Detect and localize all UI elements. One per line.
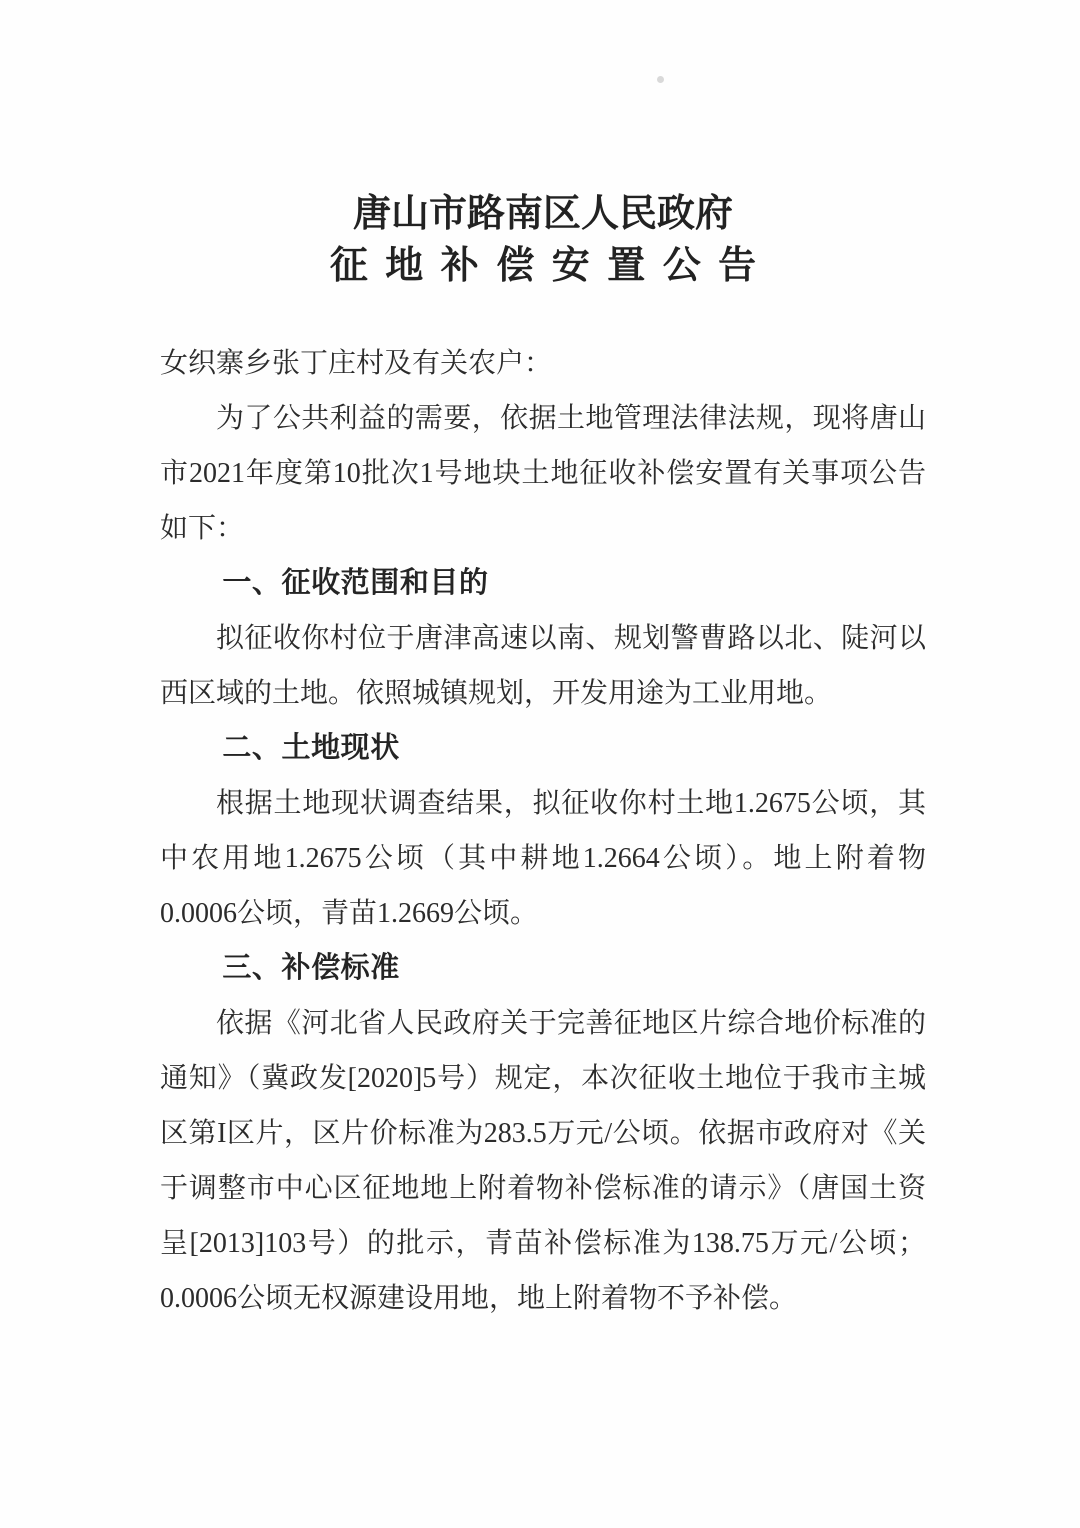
salutation-line: 女织寨乡张丁庄村及有关农户： [160,336,926,391]
document-content: 唐山市路南区人民政府 征地补偿安置公告 女织寨乡张丁庄村及有关农户： 为了公共利… [160,188,926,1326]
section-heading-land-status: 二、土地现状 [160,721,926,776]
section-body-scope-purpose: 拟征收你村位于唐津高速以南、规划警曹路以北、陡河以西区域的土地。依照城镇规划，开… [160,611,926,721]
section-body-land-status: 根据土地现状调查结果，拟征收你村土地1.2675公顷，其中农用地1.2675公顷… [160,776,926,941]
section-heading-compensation-standard: 三、补偿标准 [160,941,926,996]
intro-paragraph: 为了公共利益的需要，依据土地管理法律法规，现将唐山市2021年度第10批次1号地… [160,391,926,556]
document-title-line1: 唐山市路南区人民政府 [160,188,926,240]
section-body-compensation-standard: 依据《河北省人民政府关于完善征地区片综合地价标准的通知》（冀政发[2020]5号… [160,996,926,1326]
section-heading-scope-purpose: 一、征收范围和目的 [160,556,926,611]
scan-artifact [657,76,664,83]
document-body: 女织寨乡张丁庄村及有关农户： 为了公共利益的需要，依据土地管理法律法规，现将唐山… [160,336,926,1326]
document-page: 唐山市路南区人民政府 征地补偿安置公告 女织寨乡张丁庄村及有关农户： 为了公共利… [0,0,1080,1528]
document-title-line2: 征地补偿安置公告 [160,240,926,292]
